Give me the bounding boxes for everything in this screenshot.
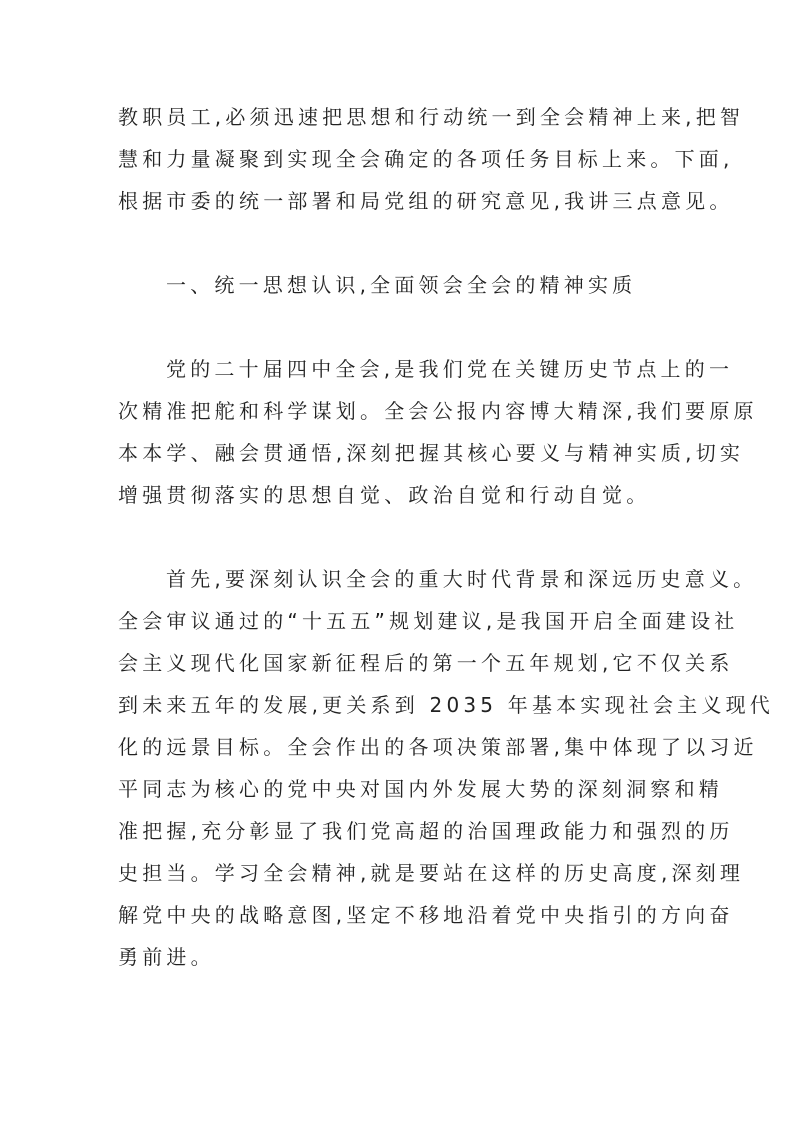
text-line: 根据市委的统一部署和局党组的研究意见,我讲三点意见。 [118,180,678,222]
text-line: 党的二十届四中全会,是我们党在关键历史节点上的一 [118,348,678,390]
text-line: 解党中央的战略意图,坚定不移地沿着党中央指引的方向奋 [118,894,678,936]
text-line: 全会审议通过的“十五五”规划建议,是我国开启全面建设社 [118,600,678,642]
paragraph-spacer [118,306,678,348]
text-line: 次精准把舵和科学谋划。全会公报内容博大精深,我们要原原 [118,390,678,432]
text-line: 教职员工,必须迅速把思想和行动统一到全会精神上来,把智 [118,96,678,138]
text-line: 增强贯彻落实的思想自觉、政治自觉和行动自觉。 [118,474,678,516]
text-line: 到未来五年的发展,更关系到 2035 年基本实现社会主义现代 [118,684,678,726]
text-line: 准把握,充分彰显了我们党高超的治国理政能力和强烈的历 [118,810,678,852]
text-line: 平同志为核心的党中央对国内外发展大势的深刻洞察和精 [118,768,678,810]
paragraph-plenum-overview: 党的二十届四中全会,是我们党在关键历史节点上的一 次精准把舵和科学谋划。全会公报… [118,348,678,516]
section-heading-1: 一、统一思想认识,全面领会全会的精神实质 [118,264,678,306]
paragraph-intro-continuation: 教职员工,必须迅速把思想和行动统一到全会精神上来,把智 慧和力量凝聚到实现全会确… [118,96,678,222]
text-line: 化的远景目标。全会作出的各项决策部署,集中体现了以习近 [118,726,678,768]
document-body: 教职员工,必须迅速把思想和行动统一到全会精神上来,把智 慧和力量凝聚到实现全会确… [118,96,678,978]
text-line: 会主义现代化国家新征程后的第一个五年规划,它不仅关系 [118,642,678,684]
paragraph-spacer [118,516,678,558]
text-line: 首先,要深刻认识全会的重大时代背景和深远历史意义。 [118,558,678,600]
text-line: 本本学、融会贯通悟,深刻把握其核心要义与精神实质,切实 [118,432,678,474]
paragraph-historical-significance: 首先,要深刻认识全会的重大时代背景和深远历史意义。 全会审议通过的“十五五”规划… [118,558,678,978]
text-line: 慧和力量凝聚到实现全会确定的各项任务目标上来。下面, [118,138,678,180]
document-page: 教职员工,必须迅速把思想和行动统一到全会精神上来,把智 慧和力量凝聚到实现全会确… [0,0,793,1122]
text-line: 史担当。学习全会精神,就是要站在这样的历史高度,深刻理 [118,852,678,894]
heading-text: 一、统一思想认识,全面领会全会的精神实质 [118,264,678,306]
paragraph-spacer [118,222,678,264]
text-line: 勇前进。 [118,936,678,978]
